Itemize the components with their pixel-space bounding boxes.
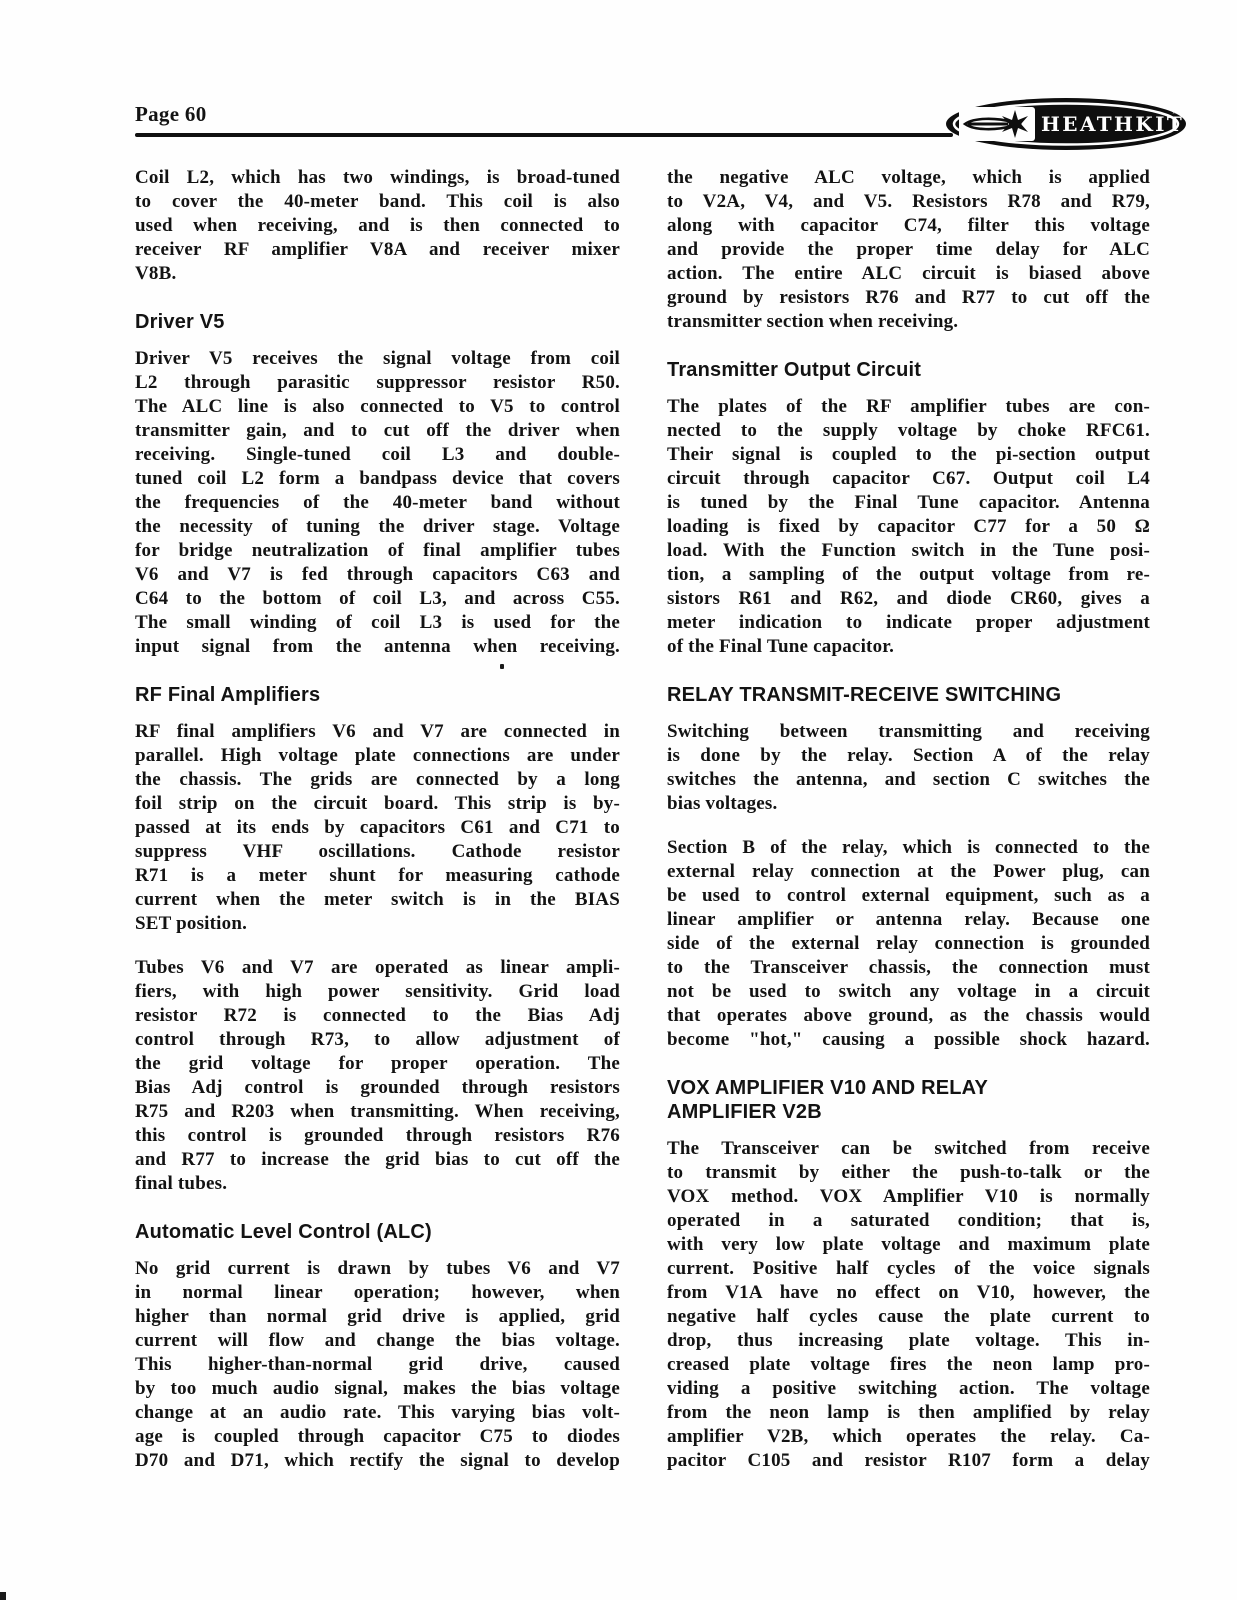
- text-line: age is coupled through capacitor C75 to …: [135, 1425, 620, 1449]
- logo-wordmark: HEATHKIT: [1041, 112, 1184, 136]
- text-line: Driver V5 receives the signal voltage fr…: [135, 347, 620, 371]
- text-line: current. Positive half cycles of the voi…: [667, 1257, 1150, 1281]
- heading: Driver V5: [135, 310, 620, 334]
- text-line: with very low plate voltage and maximum …: [667, 1233, 1150, 1257]
- heading: Automatic Level Control (ALC): [135, 1220, 620, 1244]
- right-column: the negative ALC voltage, which is appli…: [667, 166, 1150, 1493]
- scan-corner-mark: [0, 1592, 6, 1600]
- text-line: loading is fixed by capacitor C77 for a …: [667, 515, 1150, 539]
- text-line: current when the meter switch is in the …: [135, 888, 620, 912]
- text-line: drop, thus increasing plate voltage. Thi…: [667, 1329, 1150, 1353]
- manual-page: Page 60 HEATHKIT ™ Coil L2, which has tw…: [0, 0, 1237, 1600]
- paragraph: Tubes V6 and V7 are operated as linear a…: [135, 956, 620, 1196]
- text-line: the grid voltage for proper operation. T…: [135, 1052, 620, 1076]
- text-line: V6 and V7 is fed through capacitors C63 …: [135, 563, 620, 587]
- text-line: passed at its ends by capacitors C61 and…: [135, 816, 620, 840]
- text-line: tuned coil L2 form a bandpass device tha…: [135, 467, 620, 491]
- heading: RF Final Amplifiers: [135, 683, 620, 707]
- text-line: side of the external relay connection is…: [667, 932, 1150, 956]
- heathkit-logo: HEATHKIT ™: [944, 97, 1188, 151]
- heading-line: RELAY TRANSMIT-RECEIVE SWITCHING: [667, 683, 1150, 707]
- text-line: viding a positive switching action. The …: [667, 1377, 1150, 1401]
- text-line: resistor R72 is connected to the Bias Ad…: [135, 1004, 620, 1028]
- heading-line: RF Final Amplifiers: [135, 683, 620, 707]
- text-line: change at an audio rate. This varying bi…: [135, 1401, 620, 1425]
- text-line: external relay connection at the Power p…: [667, 860, 1150, 884]
- paragraph: Switching between transmitting and recei…: [667, 720, 1150, 816]
- text-line: This higher-than-normal grid drive, caus…: [135, 1353, 620, 1377]
- text-line: in normal linear operation; however, whe…: [135, 1281, 620, 1305]
- text-line: The Transceiver can be switched from rec…: [667, 1137, 1150, 1161]
- text-line: the negative ALC voltage, which is appli…: [667, 166, 1150, 190]
- paragraph: Coil L2, which has two windings, is broa…: [135, 166, 620, 286]
- text-line: nected to the supply voltage by choke RF…: [667, 419, 1150, 443]
- text-line: RF final amplifiers V6 and V7 are connec…: [135, 720, 620, 744]
- text-line: action. The entire ALC circuit is biased…: [667, 262, 1150, 286]
- text-line: fiers, with high power sensitivity. Grid…: [135, 980, 620, 1004]
- paragraph: the negative ALC voltage, which is appli…: [667, 166, 1150, 334]
- text-line: tion, a sampling of the output voltage f…: [667, 563, 1150, 587]
- text-line: suppress VHF oscillations. Cathode resis…: [135, 840, 620, 864]
- text-line: creased plate voltage fires the neon lam…: [667, 1353, 1150, 1377]
- text-line: Section B of the relay, which is connect…: [667, 836, 1150, 860]
- text-line: parallel. High voltage plate connections…: [135, 744, 620, 768]
- text-line: switches the antenna, and section C swit…: [667, 768, 1150, 792]
- text-line: transmitter gain, and to cut off the dri…: [135, 419, 620, 443]
- text-line: Switching between transmitting and recei…: [667, 720, 1150, 744]
- text-line: is tuned by the Final Tune capacitor. An…: [667, 491, 1150, 515]
- text-line: that operates above ground, as the chass…: [667, 1004, 1150, 1028]
- text-line: load. With the Function switch in the Tu…: [667, 539, 1150, 563]
- text-line: input signal from the antenna when recei…: [135, 635, 620, 659]
- text-line: Tubes V6 and V7 are operated as linear a…: [135, 956, 620, 980]
- text-line: be used to control external equipment, s…: [667, 884, 1150, 908]
- text-line: become "hot," causing a possible shock h…: [667, 1028, 1150, 1052]
- paragraph: No grid current is drawn by tubes V6 and…: [135, 1257, 620, 1473]
- header-rule: [135, 133, 953, 137]
- text-line: VOX method. VOX Amplifier V10 is normall…: [667, 1185, 1150, 1209]
- text-line: higher than normal grid drive is applied…: [135, 1305, 620, 1329]
- text-line: SET position.: [135, 912, 620, 936]
- section-heading: RELAY TRANSMIT-RECEIVE SWITCHING: [667, 683, 1150, 707]
- text-line: along with capacitor C74, filter this vo…: [667, 214, 1150, 238]
- heading-line: Transmitter Output Circuit: [667, 358, 1150, 382]
- text-line: not be used to switch any voltage in a c…: [667, 980, 1150, 1004]
- text-line: receiving. Single-tuned coil L3 and doub…: [135, 443, 620, 467]
- heathkit-logo-svg: HEATHKIT ™: [944, 97, 1188, 151]
- text-line: for bridge neutralization of final ampli…: [135, 539, 620, 563]
- text-line: from V1A have no effect on V10, however,…: [667, 1281, 1150, 1305]
- text-line: No grid current is drawn by tubes V6 and…: [135, 1257, 620, 1281]
- text-line: current will flow and change the bias vo…: [135, 1329, 620, 1353]
- text-line: bias voltages.: [667, 792, 1150, 816]
- heading-line: Automatic Level Control (ALC): [135, 1220, 620, 1244]
- text-line: V8B.: [135, 262, 620, 286]
- heading-line: VOX AMPLIFIER V10 AND RELAY: [667, 1076, 1150, 1100]
- heading-line: Driver V5: [135, 310, 620, 334]
- left-column: Coil L2, which has two windings, is broa…: [135, 166, 620, 1493]
- heading: Transmitter Output Circuit: [667, 358, 1150, 382]
- text-line: to transmit by either the push-to-talk o…: [667, 1161, 1150, 1185]
- text-line: Coil L2, which has two windings, is broa…: [135, 166, 620, 190]
- text-line: L2 through parasitic suppressor resistor…: [135, 371, 620, 395]
- text-line: from the neon lamp is then amplified by …: [667, 1401, 1150, 1425]
- text-line: control through R73, to allow adjustment…: [135, 1028, 620, 1052]
- text-line: to the Transceiver chassis, the connecti…: [667, 956, 1150, 980]
- paragraph: Driver V5 receives the signal voltage fr…: [135, 347, 620, 659]
- text-line: amplifier V2B, which operates the relay.…: [667, 1425, 1150, 1449]
- text-line: foil strip on the circuit board. This st…: [135, 792, 620, 816]
- text-line: and R77 to increase the grid bias to cut…: [135, 1148, 620, 1172]
- text-line: R75 and R203 when transmitting. When rec…: [135, 1100, 620, 1124]
- text-line: R71 is a meter shunt for measuring catho…: [135, 864, 620, 888]
- text-line: ground by resistors R76 and R77 to cut o…: [667, 286, 1150, 310]
- text-line: receiver RF amplifier V8A and receiver m…: [135, 238, 620, 262]
- text-line: operated in a saturated condition; that …: [667, 1209, 1150, 1233]
- text-line: used when receiving, and is then connect…: [135, 214, 620, 238]
- text-line: sistors R61 and R62, and diode CR60, giv…: [667, 587, 1150, 611]
- text-line: negative half cycles cause the plate cur…: [667, 1305, 1150, 1329]
- text-line: circuit through capacitor C67. Output co…: [667, 467, 1150, 491]
- page-number-label: Page 60: [135, 101, 207, 127]
- text-line: of the Final Tune capacitor.: [667, 635, 1150, 659]
- paragraph: RF final amplifiers V6 and V7 are connec…: [135, 720, 620, 936]
- text-line: Their signal is coupled to the pi-sectio…: [667, 443, 1150, 467]
- text-line: transmitter section when receiving.: [667, 310, 1150, 334]
- text-line: D70 and D71, which rectify the signal to…: [135, 1449, 620, 1473]
- text-line: the chassis. The grids are connected by …: [135, 768, 620, 792]
- text-line: to cover the 40-meter band. This coil is…: [135, 190, 620, 214]
- paragraph: The plates of the RF amplifier tubes are…: [667, 395, 1150, 659]
- text-line: Bias Adj control is grounded through res…: [135, 1076, 620, 1100]
- text-line: to V2A, V4, and V5. Resistors R78 and R7…: [667, 190, 1150, 214]
- logo-trademark-symbol: ™: [1171, 110, 1179, 119]
- paragraph: The Transceiver can be switched from rec…: [667, 1137, 1150, 1473]
- text-line: C64 to the bottom of coil L3, and across…: [135, 587, 620, 611]
- text-line: meter indication to indicate proper adju…: [667, 611, 1150, 635]
- text-line: the frequencies of the 40-meter band wit…: [135, 491, 620, 515]
- text-line: by too much audio signal, makes the bias…: [135, 1377, 620, 1401]
- text-line: The ALC line is also connected to V5 to …: [135, 395, 620, 419]
- text-line: linear amplifier or antenna relay. Becau…: [667, 908, 1150, 932]
- text-line: The small winding of coil L3 is used for…: [135, 611, 620, 635]
- text-line: final tubes.: [135, 1172, 620, 1196]
- heading-line: AMPLIFIER V2B: [667, 1100, 1150, 1124]
- text-line: and provide the proper time delay for AL…: [667, 238, 1150, 262]
- text-line: The plates of the RF amplifier tubes are…: [667, 395, 1150, 419]
- text-line: is done by the relay. Section A of the r…: [667, 744, 1150, 768]
- section-heading: VOX AMPLIFIER V10 AND RELAYAMPLIFIER V2B: [667, 1076, 1150, 1124]
- text-line: pacitor C105 and resistor R107 form a de…: [667, 1449, 1150, 1473]
- text-line: the necessity of tuning the driver stage…: [135, 515, 620, 539]
- paragraph: Section B of the relay, which is connect…: [667, 836, 1150, 1052]
- scan-speck: [500, 664, 504, 669]
- text-line: this control is grounded through resisto…: [135, 1124, 620, 1148]
